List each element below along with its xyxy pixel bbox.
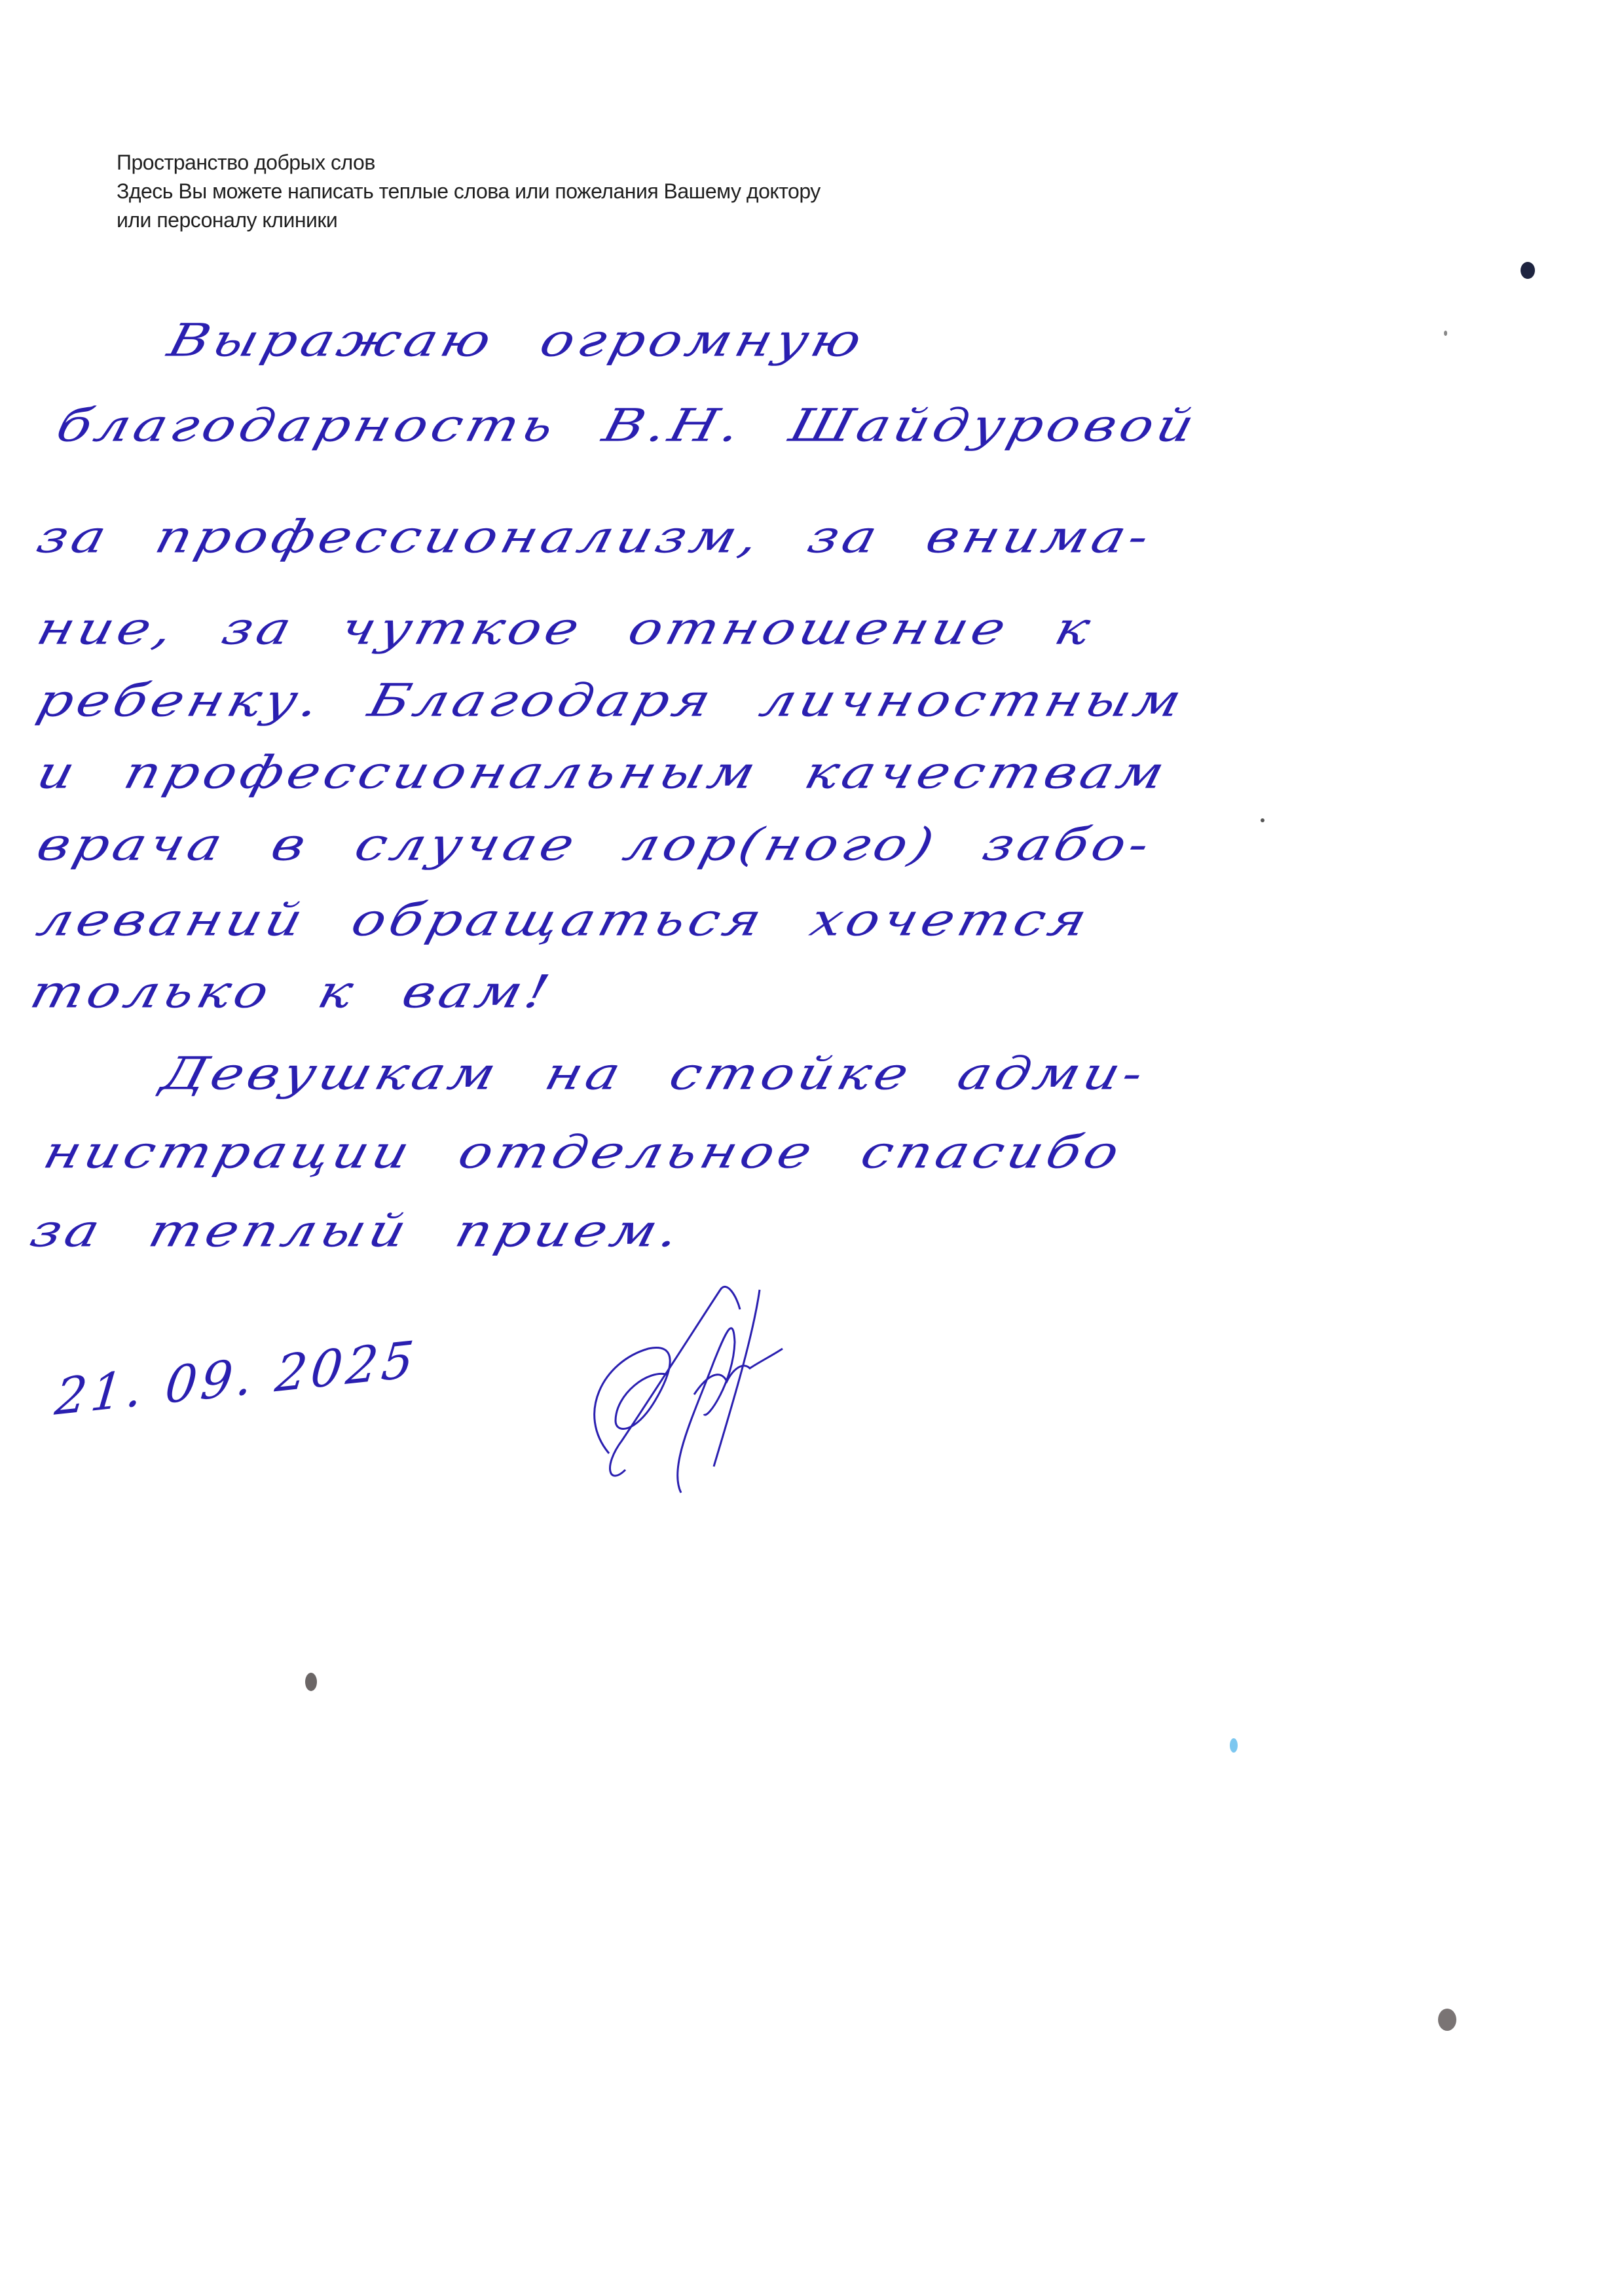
letter-line-7: врача в случае лор(ного) забо-: [33, 822, 1158, 867]
scan-speck: [1438, 2009, 1456, 2031]
letter-line-3: за профессионализм, за внима-: [33, 514, 1157, 559]
form-header: Пространство добрых слов Здесь Вы можете…: [117, 148, 821, 234]
letter-line-4: ние, за чуткое отношение к: [33, 606, 1099, 651]
feedback-form-page: Пространство добрых слов Здесь Вы можете…: [0, 0, 1624, 2296]
scan-speck: [1261, 818, 1264, 822]
form-title: Пространство добрых слов: [117, 148, 821, 177]
letter-line-11: нистрации отдельное спасибо: [39, 1129, 1128, 1175]
letter-date: 21. 09. 2025: [52, 1329, 420, 1427]
scan-speck: [305, 1673, 317, 1691]
scan-speck: [1230, 1738, 1238, 1753]
letter-line-1: Выражаю огромную: [164, 318, 870, 363]
letter-line-6: и профессиональным качествам: [33, 750, 1173, 795]
letter-line-2: благодарность В.Н. Шайдуровой: [52, 403, 1202, 448]
letter-line-12: за теплый прием.: [26, 1208, 688, 1253]
signature-icon: [563, 1270, 838, 1506]
scan-speck: [1444, 331, 1447, 336]
letter-line-10: Девушкам на стойке адми-: [157, 1051, 1151, 1096]
scan-speck: [1521, 262, 1535, 279]
letter-line-5: ребенку. Благодаря личностным: [33, 678, 1190, 723]
letter-line-8: леваний обращаться хочется: [33, 897, 1095, 942]
form-instructions-line-1: Здесь Вы можете написать теплые слова ил…: [117, 177, 821, 206]
form-instructions-line-2: или персоналу клиники: [117, 206, 821, 234]
letter-line-9: только к вам!: [26, 969, 557, 1014]
